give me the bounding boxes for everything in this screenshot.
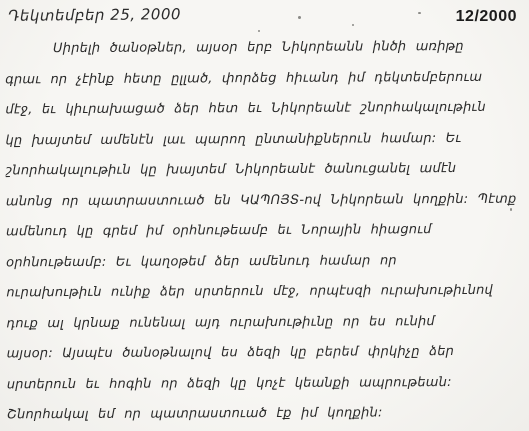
handwriting-line: սրտերուն եւ հոգին որ ձեզի կը կոչէ կեանքի…: [7, 367, 526, 400]
handwriting-line: այսօր: Այսպէս ծանօթնալով ես ձեզի կը բերե…: [7, 337, 526, 370]
handwriting-line: մէջ, եւ կիւրախացած ձեր հետ եւ Նիկորեանէ …: [5, 93, 524, 126]
handwriting-line: օրհնութեամբ: Եւ կաղօթեմ ձեր ամենուդ համա…: [6, 245, 525, 278]
scan-speckle: [298, 16, 301, 19]
scanned-letter-page: Դեկտեմբեր 25, 2000 12/2000 Սիրելի ծանօթն…: [0, 0, 529, 431]
handwriting-line: անոնց որ պատրաստուած են ԿԱՊՈՅՏ-ով Նիկորե…: [6, 184, 525, 217]
handwriting-line: գրաւ որ չէինք հետը ըլլած, փորձեց հիւանդ …: [5, 62, 524, 95]
letter-body: Սիրելի ծանօթներ, այսօր երբ Նիկորեանն ինծ…: [5, 32, 526, 431]
handwriting-line: Սիրելի ծանօթներ, այսօր երբ Նիկորեանն ինծ…: [5, 32, 524, 65]
handwritten-date: Դեկտեմբեր 25, 2000: [8, 5, 181, 25]
scan-speckle: [352, 24, 354, 26]
corner-date-stamp: 12/2000: [456, 8, 517, 26]
handwriting-line: ուրախութիւն ունիք ձեր սրտերուն մէջ, որպէ…: [6, 276, 525, 309]
handwriting-line: կը խայտեմ ամենէն լաւ պարող ընտանիքներուն…: [5, 123, 524, 156]
handwriting-line: Շնորհակալ եմ որ պատրաստուած էք իմ կողքին…: [7, 398, 526, 431]
scan-speckle: [258, 30, 260, 32]
scan-speckle: [418, 12, 421, 14]
handwriting-line: դուք ալ կրնաք ունենալ այդ ուրախութիւնը ո…: [6, 306, 525, 339]
handwriting-line: շնորհակալութիւն կը խայտեմ Նիկորեանէ ծանո…: [6, 154, 525, 187]
handwriting-line: ամենուդ կը գրեմ իմ օրհնութեամբ եւ Նորայի…: [6, 215, 525, 248]
